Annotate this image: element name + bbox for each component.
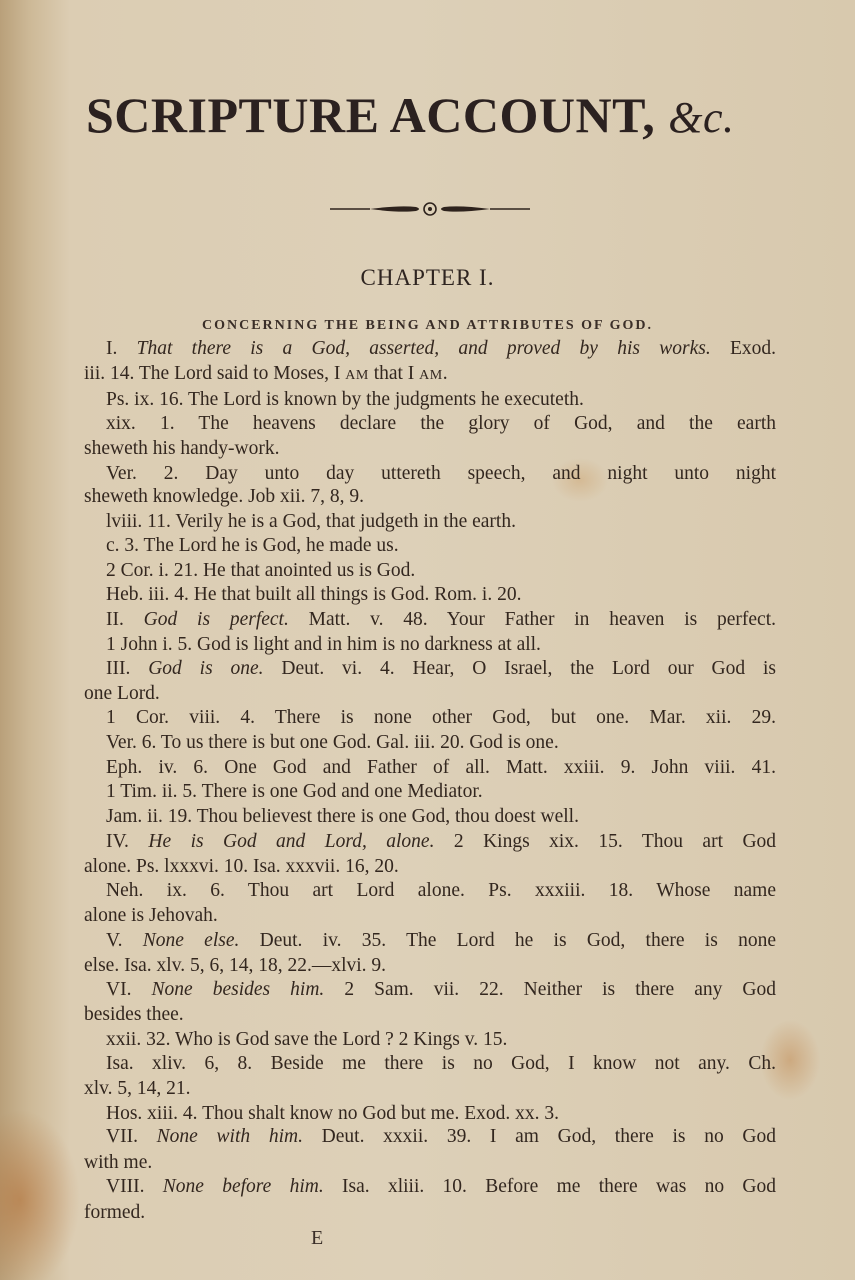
text-line: formed.	[84, 1201, 776, 1225]
text-line: Ver. 6. To us there is but one God. Gal.…	[106, 731, 776, 755]
text-line: with me.	[84, 1151, 776, 1175]
text-line: V. None else. Deut. iv. 35. The Lord he …	[106, 929, 776, 953]
text-line: xxii. 32. Who is God save the Lord ? 2 K…	[106, 1028, 776, 1052]
text-line: iii. 14. The Lord said to Moses, I AM th…	[84, 362, 776, 388]
text-line: xix. 1. The heavens declare the glory of…	[106, 412, 776, 436]
text-line: 2 Cor. i. 21. He that anointed us is God…	[106, 559, 776, 583]
running-title-etc: &c.	[668, 93, 734, 142]
text-line: c. 3. The Lord he is God, he made us.	[106, 534, 776, 558]
text-line: one Lord.	[84, 682, 776, 706]
running-title: SCRIPTURE ACCOUNT, &c.	[86, 86, 776, 144]
chapter-heading: CHAPTER I.	[0, 265, 855, 291]
text-line: sheweth his handy-work.	[84, 437, 776, 461]
text-line: Neh. ix. 6. Thou art Lord alone. Ps. xxx…	[106, 879, 776, 903]
text-line: xlv. 5, 14, 21.	[84, 1077, 776, 1101]
text-line: VIII. None before him. Isa. xliii. 10. B…	[106, 1175, 776, 1199]
text-line: Ver. 2. Day unto day uttereth speech, an…	[106, 462, 776, 486]
ornament-rule-icon	[330, 201, 530, 217]
text-line: IV. He is God and Lord, alone. 2 Kings x…	[106, 830, 776, 854]
signature-mark: E	[311, 1227, 323, 1250]
text-line: II. God is perfect. Matt. v. 48. Your Fa…	[106, 608, 776, 632]
text-line: Heb. iii. 4. He that built all things is…	[106, 583, 776, 607]
text-line: Hos. xiii. 4. Thou shalt know no God but…	[106, 1102, 776, 1126]
text-line: besides thee.	[84, 1003, 776, 1027]
text-line: sheweth knowledge. Job xii. 7, 8, 9.	[84, 485, 776, 509]
running-title-text: SCRIPTURE ACCOUNT,	[86, 87, 655, 143]
text-line: Ps. ix. 16. The Lord is known by the jud…	[106, 388, 776, 412]
text-line: lviii. 11. Verily he is a God, that judg…	[106, 510, 776, 534]
text-line: Jam. ii. 19. Thou believest there is one…	[106, 805, 776, 829]
text-line: 1 Tim. ii. 5. There is one God and one M…	[106, 780, 776, 804]
text-line: alone is Jehovah.	[84, 904, 776, 928]
text-line: Isa. xliv. 6, 8. Beside me there is no G…	[106, 1052, 776, 1076]
text-line: 1 John i. 5. God is light and in him is …	[106, 633, 776, 657]
chapter-subheading: CONCERNING THE BEING AND ATTRIBUTES OF G…	[0, 318, 855, 334]
text-line: else. Isa. xlv. 5, 6, 14, 18, 22.—xlvi. …	[84, 954, 776, 978]
text-line: I. That there is a God, asserted, and pr…	[106, 337, 776, 361]
book-page: SCRIPTURE ACCOUNT, &c. CHAPTER I. CONCER…	[0, 0, 855, 1280]
text-line: Eph. iv. 6. One God and Father of all. M…	[106, 756, 776, 780]
text-line: alone. Ps. lxxxvi. 10. Isa. xxxvii. 16, …	[84, 855, 776, 879]
text-line: VI. None besides him. 2 Sam. vii. 22. Ne…	[106, 978, 776, 1002]
text-line: III. God is one. Deut. vi. 4. Hear, O Is…	[106, 657, 776, 681]
text-line: 1 Cor. viii. 4. There is none other God,…	[106, 706, 776, 730]
text-line: VII. None with him. Deut. xxxii. 39. I a…	[106, 1125, 776, 1149]
